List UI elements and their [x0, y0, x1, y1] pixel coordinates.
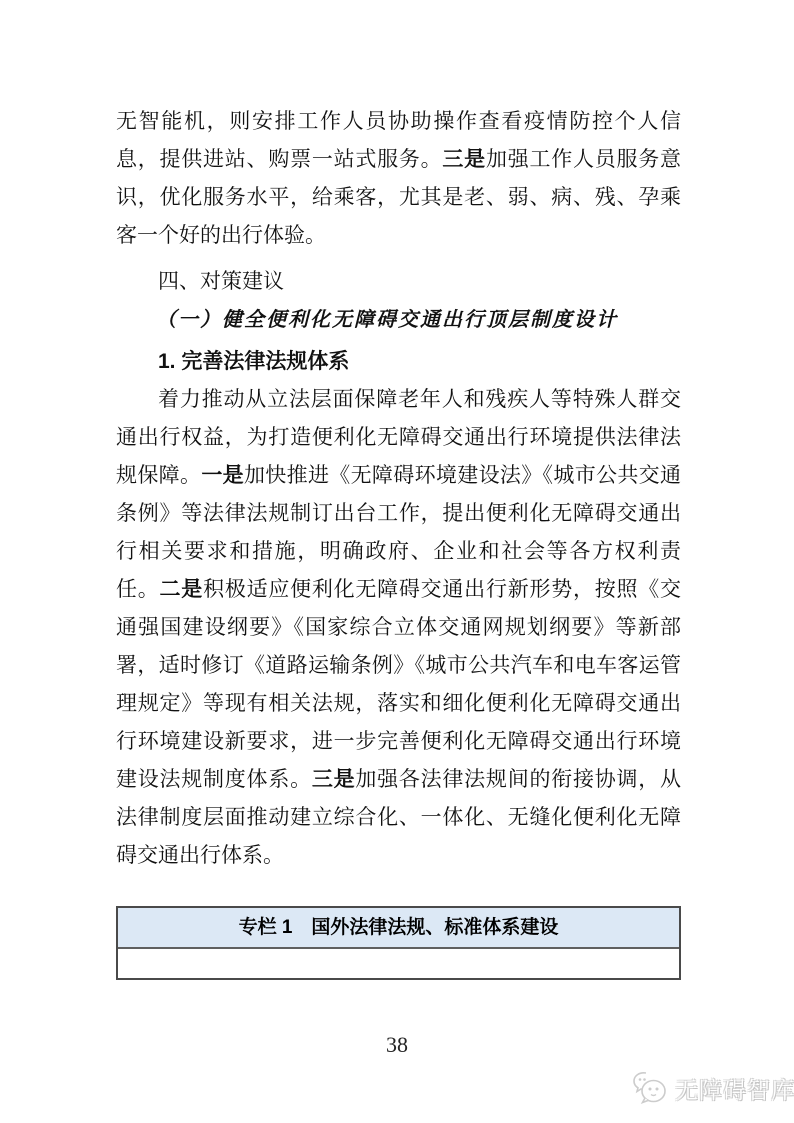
paragraph-main: 着力推动从立法层面保障老年人和残疾人等特殊人群交通出行权益，为打造便利化无障碍交…	[116, 381, 681, 875]
paragraph-continuation: 无智能机，则安排工作人员协助操作查看疫情防控个人信息，提供进站、购票一站式服务。…	[116, 103, 681, 255]
body-text: 积极适应便利化无障碍交通出行新形势，按照《交通强国建设纲要》《国家综合立体交通网…	[116, 578, 681, 791]
callout-box: 专栏 1 国外法律法规、标准体系建设	[116, 906, 681, 980]
document-content: 无智能机，则安排工作人员协助操作查看疫情防控个人信息，提供进站、购票一站式服务。…	[116, 103, 681, 980]
document-page: 无智能机，则安排工作人员协助操作查看疫情防控个人信息，提供进站、购票一站式服务。…	[0, 0, 794, 1123]
emphasis-text: 二是	[160, 578, 204, 601]
watermark-text: 无障碍智库	[675, 1072, 794, 1105]
page-number: 38	[0, 1032, 794, 1058]
emphasis-text: 三是	[312, 768, 356, 791]
callout-box-header: 专栏 1 国外法律法规、标准体系建设	[118, 908, 679, 949]
emphasis-text: 三是	[442, 148, 486, 171]
chat-bubbles-logo-icon	[630, 1070, 668, 1106]
heading-section: 四、对策建议	[116, 263, 681, 301]
heading-subsection: （一）健全便利化无障碍交通出行顶层制度设计	[116, 301, 681, 339]
watermark: 无障碍智库	[630, 1070, 794, 1106]
callout-box-body	[118, 949, 679, 978]
emphasis-text: 一是	[201, 464, 244, 487]
heading-point: 1. 完善法律法规体系	[116, 343, 681, 381]
